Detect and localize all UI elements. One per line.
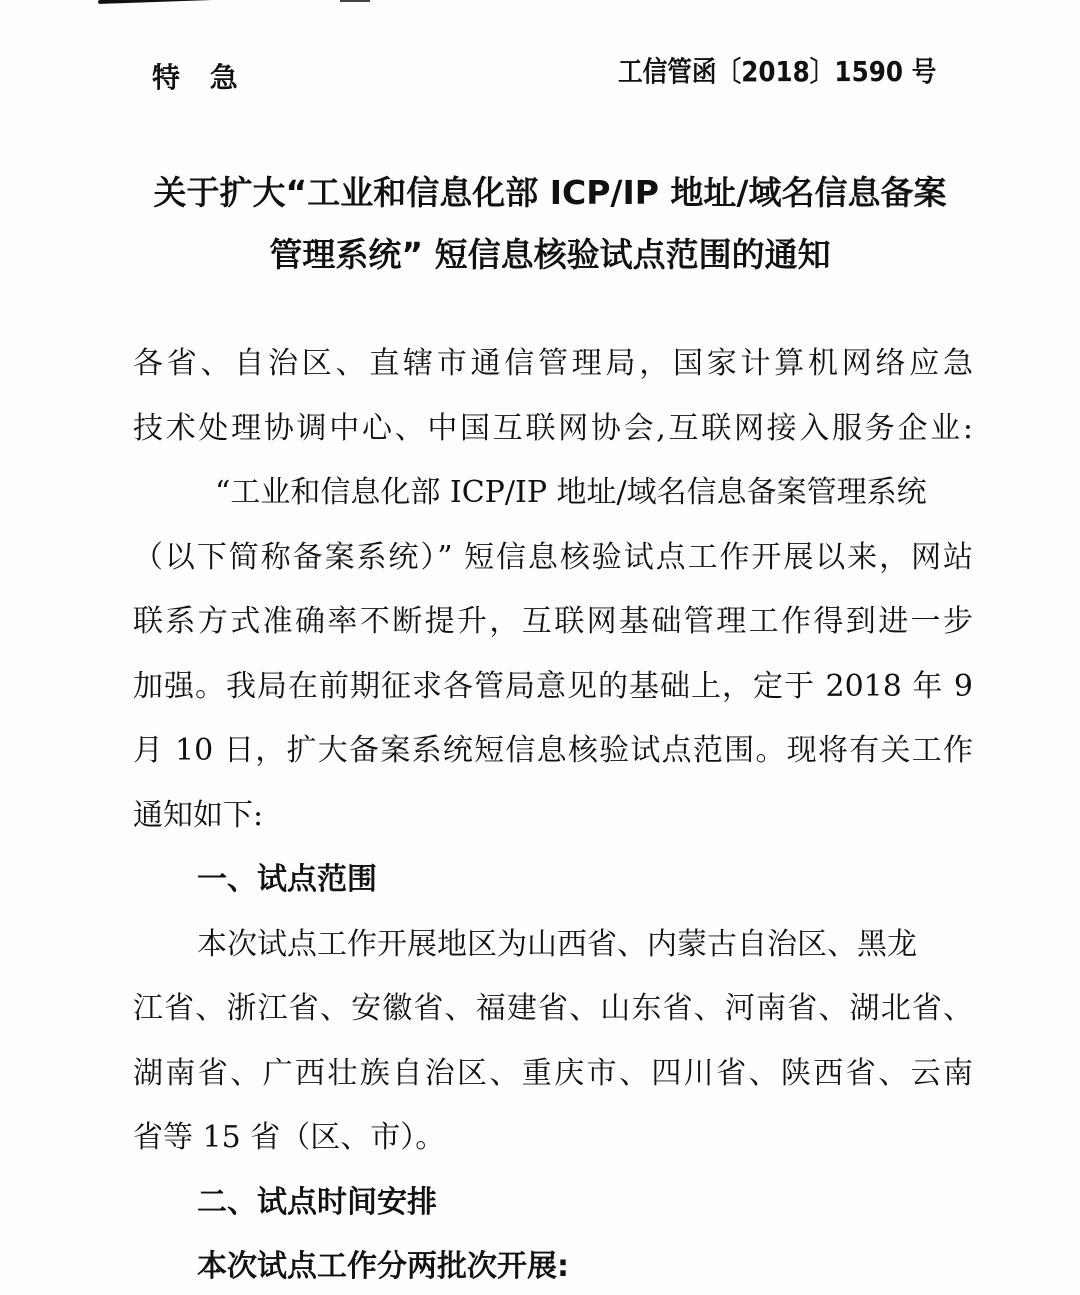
title-line-2: 管理系统” 短信息核验试点范围的通知 xyxy=(100,224,1000,286)
section-1-line-1: 本次试点工作开展地区为山西省、内蒙古自治区、黑龙 xyxy=(133,913,983,978)
section-1-line-2: 江省、浙江省、安徽省、福建省、山东省、河南省、湖北省、 xyxy=(133,977,973,1042)
document-body: 各省、自治区、直辖市通信管理局，国家计算机网络应急 技术处理协调中心、中国互联网… xyxy=(133,332,983,1295)
intro-line-5: 月 10 日，扩大备案系统短信息核验试点范围。现将有关工作 xyxy=(133,719,973,784)
intro-line-4: 加强。我局在前期征求各管局意见的基础上，定于 2018 年 9 xyxy=(133,655,973,720)
intro-line-3: 联系方式准确率不断提升，互联网基础管理工作得到进一步 xyxy=(133,590,973,655)
document-number: 工信管函〔2018〕1590 号 xyxy=(618,50,936,90)
section-2-heading: 二、试点时间安排 xyxy=(133,1171,983,1236)
intro-line-1: “工业和信息化部 ICP/IP 地址/域名信息备案管理系统 xyxy=(133,461,983,526)
scan-artifact-mark xyxy=(340,0,370,2)
title-line-1: 关于扩大“工业和信息化部 ICP/IP 地址/域名信息备案 xyxy=(100,162,1000,224)
addressee-line-1: 各省、自治区、直辖市通信管理局，国家计算机网络应急 xyxy=(133,332,973,397)
scan-artifact-line xyxy=(98,0,248,4)
document-title: 关于扩大“工业和信息化部 ICP/IP 地址/域名信息备案 管理系统” 短信息核… xyxy=(100,162,1000,286)
section-1-heading: 一、试点范围 xyxy=(133,848,983,913)
section-1-line-3: 湖南省、广西壮族自治区、重庆市、四川省、陕西省、云南 xyxy=(133,1042,973,1107)
urgency-label: 特 急 xyxy=(152,56,248,96)
intro-line-6: 通知如下: xyxy=(133,784,983,849)
section-2-line-1: 本次试点工作分两批次开展: xyxy=(133,1235,983,1295)
addressee-line-2: 技术处理协调中心、中国互联网协会,互联网接入服务企业: xyxy=(133,397,973,462)
document-header: 特 急 工信管函〔2018〕1590 号 xyxy=(0,48,1080,93)
section-1-line-4: 省等 15 省（区、市）。 xyxy=(133,1106,983,1171)
intro-line-2: （以下简称备案系统）” 短信息核验试点工作开展以来，网站 xyxy=(133,526,973,591)
